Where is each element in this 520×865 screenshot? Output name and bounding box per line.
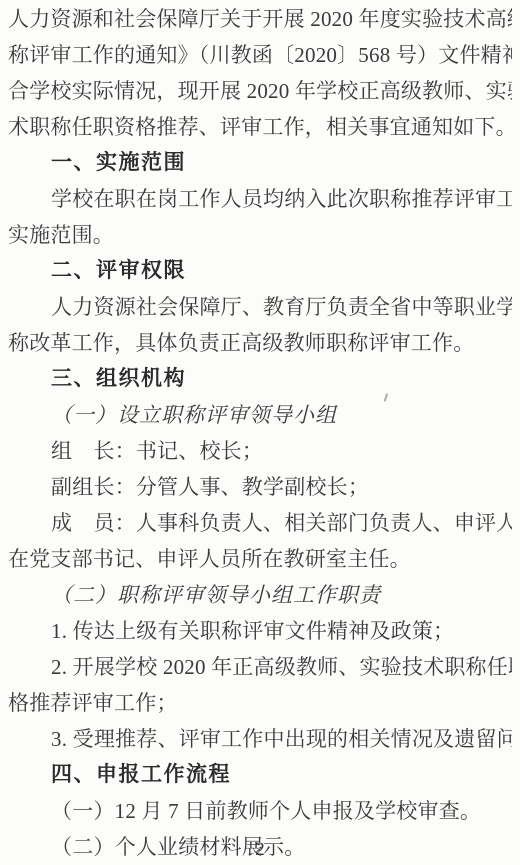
text-line: 副组长：分管人事、教学副校长； <box>8 469 512 505</box>
text-line: 组 长：书记、校长； <box>8 433 512 469</box>
page-number: 2 <box>0 839 520 861</box>
text-line: 成 员：人事科负责人、相关部门负责人、申评人员所 <box>8 505 512 541</box>
text-line: （一）12 月 7 日前教师个人申报及学校审查。 <box>8 793 512 829</box>
text-line: 2. 开展学校 2020 年正高级教师、实验技术职称任职资 <box>8 649 512 685</box>
text-line: 格推荐评审工作； <box>8 685 512 721</box>
text-line: 称改革工作，具体负责正高级教师职称评审工作。 <box>8 325 512 361</box>
section-heading: 四、申报工作流程 <box>8 757 512 793</box>
text-line: 1. 传达上级有关职称评审文件精神及政策； <box>8 613 512 649</box>
text-line: 人力资源社会保障厅、教育厅负责全省中等职业学校职 <box>8 289 512 325</box>
text-line: 3. 受理推荐、评审工作中出现的相关情况及遗留问题。 <box>8 721 512 757</box>
text-line: 实施范围。 <box>8 217 512 253</box>
text-line: 在党支部书记、申评人员所在教研室主任。 <box>8 541 512 577</box>
section-heading: 三、组织机构 <box>8 361 512 397</box>
sub-section-heading: （二）职称评审领导小组工作职责 <box>8 577 512 613</box>
text-line: 称评审工作的通知》（川教函〔2020〕568 号）文件精神，结 <box>8 37 512 73</box>
section-heading: 二、评审权限 <box>8 253 512 289</box>
sub-section-heading: （一）设立职称评审领导小组 <box>8 397 512 433</box>
text-line: 合学校实际情况，现开展 2020 年学校正高级教师、实验技 <box>8 73 512 109</box>
text-line: 人力资源和社会保障厅关于开展 2020 年度实验技术高级职 <box>8 1 512 37</box>
section-heading: 一、实施范围 <box>8 145 512 181</box>
text-line: 术职称任职资格推荐、评审工作，相关事宜通知如下。 <box>8 109 512 145</box>
scanned-document-page: 人力资源和社会保障厅关于开展 2020 年度实验技术高级职称评审工作的通知》（川… <box>0 0 520 865</box>
document-body: 人力资源和社会保障厅关于开展 2020 年度实验技术高级职称评审工作的通知》（川… <box>8 1 512 865</box>
text-line: 学校在职在岗工作人员均纳入此次职称推荐评审工作 <box>8 181 512 217</box>
